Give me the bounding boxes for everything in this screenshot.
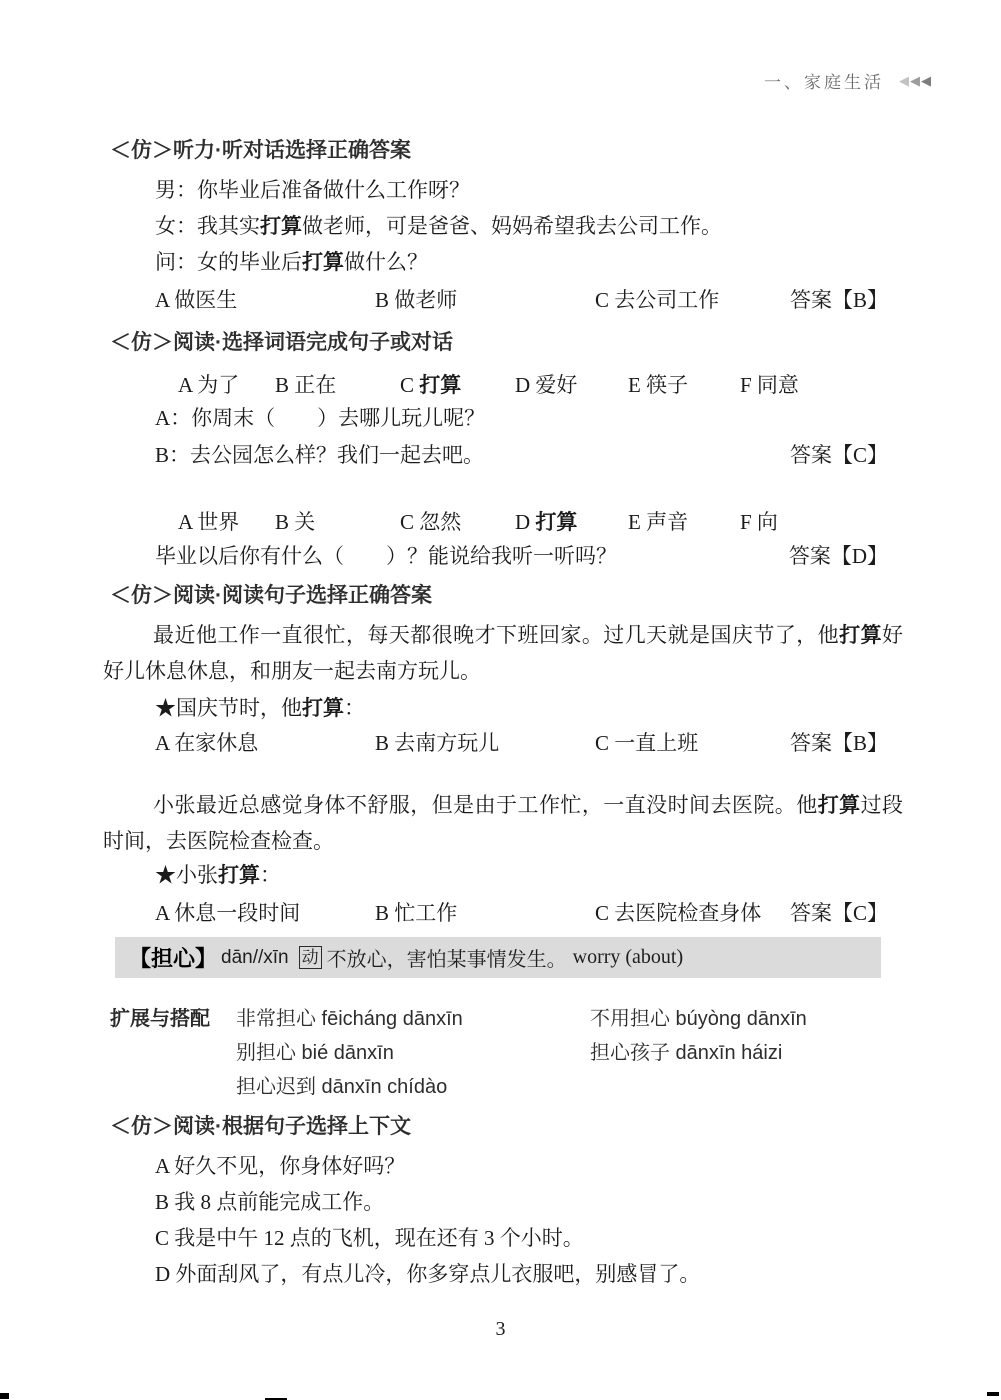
choice-option-a: A 做医生 (155, 283, 375, 317)
dialogue-line-female: 女：我其实打算做老师，可是爸爸、妈妈希望我去公司工作。 (103, 208, 890, 244)
choice-option-b: B 去南方玩儿 (375, 726, 595, 760)
choice-option-c: C 去公司工作 (595, 283, 790, 317)
scan-artifact (987, 1392, 999, 1396)
bank-item: A 世界 (178, 505, 275, 539)
question-text: B：去公园怎么样？我们一起去吧。 (103, 437, 484, 473)
bank-item: F 向 (740, 505, 890, 539)
bank-item: B 关 (275, 505, 400, 539)
bank-item: E 筷子 (628, 368, 740, 402)
answer-label: 答案【B】 (790, 283, 888, 317)
passage-paragraph: 最近他工作一直很忙，每天都很晚才下班回家。过几天就是国庆节了，他打算好好儿休息休… (103, 617, 903, 689)
context-item-b: B 我 8 点前能完成工作。 (103, 1184, 903, 1220)
chapter-header: 一、家庭生活 ◀ ◀ ◀ (764, 68, 931, 93)
star-question-2: ★小张打算： (103, 857, 890, 893)
choices-row: A 休息一段时间 B 忙工作 C 去医院检查身体 答案【C】 (155, 896, 888, 930)
collocation-item: 别担心 bié dānxīn (236, 1036, 463, 1070)
choice-option-c: C 去医院检查身体 (595, 896, 790, 930)
choice-option-a: A 休息一段时间 (155, 896, 375, 930)
section-reading-choose-heading: ＜仿＞阅读·阅读句子选择正确答案 (110, 579, 432, 609)
chapter-arrows: ◀ ◀ ◀ (898, 74, 931, 87)
answer-label: 答案【C】 (790, 896, 888, 930)
collocations-left-column: 非常担心 fēicháng dānxīn 别担心 bié dānxīn 担心迟到… (236, 1002, 463, 1104)
bank-item: A 为了 (178, 368, 275, 402)
star-question-1: ★国庆节时，他打算： (103, 690, 890, 726)
choice-option-a: A 在家休息 (155, 726, 375, 760)
bank-item: C 忽然 (400, 505, 515, 539)
passage-1: 最近他工作一直很忙，每天都很晚才下班回家。过几天就是国庆节了，他打算好好儿休息休… (103, 617, 890, 689)
question-line: A：你周末（ ）去哪儿玩儿呢？ (103, 400, 888, 436)
triangle-left-icon: ◀ (921, 74, 931, 87)
question-text: A：你周末（ ）去哪儿玩儿呢？ (103, 400, 485, 436)
context-item-c: C 我是中午 12 点的飞机，现在还有 3 个小时。 (103, 1220, 903, 1256)
question-line: B：去公园怎么样？我们一起去吧。 答案【C】 (103, 437, 888, 473)
question-line: 毕业以后你有什么（ ）？能说给我听一听吗？ 答案【D】 (103, 538, 888, 574)
section-context-heading: ＜仿＞阅读·根据句子选择上下文 (110, 1110, 411, 1140)
collocation-item: 非常担心 fēicháng dānxīn (236, 1002, 463, 1036)
bank-item: F 同意 (740, 368, 890, 402)
choice-option-b: B 做老师 (375, 283, 595, 317)
triangle-left-icon: ◀ (899, 74, 909, 87)
context-item-a: A 好久不见，你身体好吗？ (103, 1148, 903, 1184)
triangle-left-icon: ◀ (910, 74, 920, 87)
choice-option-c: C 一直上班 (595, 726, 790, 760)
entry-band: 【担心】 dān//xīn 动 不放心，害怕某事情发生。 worry (abou… (115, 937, 881, 978)
bank-item: B 正在 (275, 368, 400, 402)
choice-option-b: B 忙工作 (375, 896, 595, 930)
section-reading-fill-heading: ＜仿＞阅读·选择词语完成句子或对话 (110, 326, 453, 356)
entry-english: worry (about) (573, 946, 684, 969)
collocations-label: 扩展与搭配 (110, 1002, 210, 1031)
collocations-right-column: 不用担心 búyòng dānxīn 担心孩子 dānxīn háizi (590, 1002, 807, 1070)
context-item-d: D 外面刮风了，有点儿冷，你多穿点儿衣服吧，别感冒了。 (103, 1256, 903, 1292)
dialogue-line-question: 问：女的毕业后打算做什么？ (103, 244, 890, 280)
page-number: 3 (0, 1318, 1001, 1341)
answer-label: 答案【C】 (790, 437, 888, 473)
dialogue-line-male: 男：你毕业后准备做什么工作呀？ (103, 172, 890, 208)
chapter-title: 一、家庭生活 (764, 68, 884, 93)
bank-item: C 打算 (400, 368, 515, 402)
passage-2: 小张最近总感觉身体不舒服，但是由于工作忙，一直没时间去医院。他打算过段时间，去医… (103, 787, 890, 859)
choices-row: A 在家休息 B 去南方玩儿 C 一直上班 答案【B】 (155, 726, 888, 760)
question-text: 毕业以后你有什么（ ）？能说给我听一听吗？ (103, 538, 617, 574)
bank-item: D 爱好 (515, 368, 628, 402)
word-bank-row: A 世界 B 关 C 忽然 D 打算 E 声音 F 向 (178, 505, 890, 539)
dialogue-block: 男：你毕业后准备做什么工作呀？ 女：我其实打算做老师，可是爸爸、妈妈希望我去公司… (103, 172, 890, 280)
word-bank-row: A 为了 B 正在 C 打算 D 爱好 E 筷子 F 同意 (178, 368, 890, 402)
answer-label: 答案【D】 (789, 538, 888, 574)
context-items: A 好久不见，你身体好吗？ B 我 8 点前能完成工作。 C 我是中午 12 点… (103, 1148, 903, 1292)
entry-definition: 不放心，害怕某事情发生。 (327, 943, 567, 972)
section-listening-heading: ＜仿＞听力·听对话选择正确答案 (110, 134, 411, 164)
bank-item: E 声音 (628, 505, 740, 539)
answer-label: 答案【B】 (790, 726, 888, 760)
bank-item: D 打算 (515, 505, 628, 539)
collocation-item: 担心孩子 dānxīn háizi (590, 1036, 807, 1070)
choices-row: A 做医生 B 做老师 C 去公司工作 答案【B】 (155, 283, 888, 317)
scan-artifact (0, 1393, 9, 1399)
passage-paragraph: 小张最近总感觉身体不舒服，但是由于工作忙，一直没时间去医院。他打算过段时间，去医… (103, 787, 903, 859)
entry-headword: 【担心】 (129, 942, 217, 973)
entry-pinyin: dān//xīn (221, 947, 289, 969)
textbook-page: 一、家庭生活 ◀ ◀ ◀ ＜仿＞听力·听对话选择正确答案 男：你毕业后准备做什么… (0, 0, 1001, 1400)
collocation-item: 不用担心 búyòng dānxīn (590, 1002, 807, 1036)
entry-pos-badge: 动 (299, 946, 322, 969)
collocation-item: 担心迟到 dānxīn chídào (236, 1070, 463, 1104)
